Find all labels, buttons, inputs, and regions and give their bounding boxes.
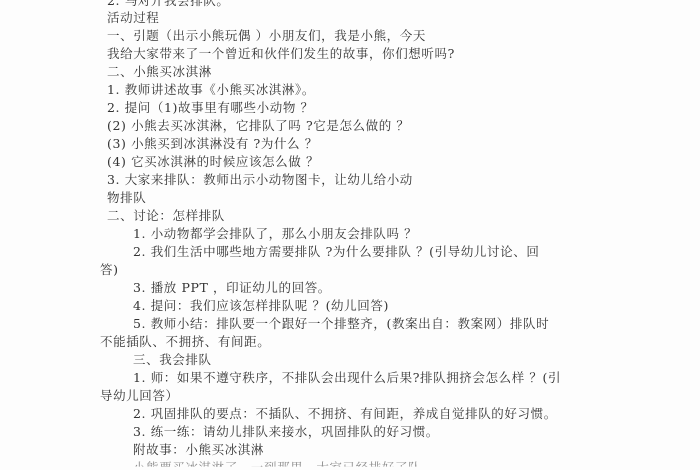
section-heading-i-can-queue: 三、我会排队: [133, 351, 212, 368]
appendix-story-heading: 附故事：小熊买冰淇淋: [133, 441, 264, 458]
discussion-item-2-continued: 答): [100, 261, 119, 278]
sub-question-4: (4) 它买冰淇淋的时候应该怎么做 ？: [107, 153, 319, 170]
queue-item-1-continued: 导幼儿回答）: [100, 387, 179, 404]
queue-item-2: 2. 巩固排队的要点：不插队、不拥挤、有间距，养成自觉排队的好习惯。: [133, 405, 557, 422]
intro-paragraph-line-1: 一、引题（出示小熊玩偶 ）小朋友们，我是小熊，今天: [107, 27, 426, 44]
discussion-item-3: 3. 播放 PPT ，印证幼儿的回答。: [133, 279, 331, 296]
partial-top-line: 2. 马对开我会排队。: [107, 0, 230, 9]
list-item-3-continued: 物排队: [107, 189, 146, 206]
discussion-item-5: 5. 教师小结：排队要一个跟好一个排整齐，(教案出自：教案网）排队时: [133, 315, 549, 332]
list-item-2: 2. 提问（1)故事里有哪些小动物 ？: [107, 99, 314, 116]
list-item-1: 1. 教师讲述故事《小熊买冰淇淋》。: [107, 81, 315, 98]
queue-item-3: 3. 练一练：请幼儿排队来接水，巩固排队的好习惯。: [133, 423, 439, 440]
sub-question-2: (2) 小熊去买冰淇淋，它排队了吗 ?它是怎么做的 ？: [107, 117, 410, 134]
partial-bottom-line: 小熊要买冰淇淋了，一到那里，大家已经排好了队: [133, 459, 421, 470]
discussion-item-2: 2. 我们生活中哪些地方需要排队 ?为什么要排队 ？(引导幼儿讨论、回: [133, 243, 539, 260]
document-page: 2. 马对开我会排队。 活动过程 一、引题（出示小熊玩偶 ）小朋友们，我是小熊，…: [0, 0, 700, 470]
section-heading-activity-process: 活动过程: [107, 9, 159, 26]
list-item-3: 3. 大家来排队：教师出示小动物图卡，让幼儿给小动: [107, 171, 413, 188]
discussion-item-5-continued: 不能插队、不拥挤、有间距。: [100, 333, 270, 350]
section-heading-bear-ice-cream: 二、小熊买冰淇淋: [107, 63, 212, 80]
queue-item-1: 1. 师：如果不遵守秩序，不排队会出现什么后果?排队拥挤会怎么样 ？(引: [133, 369, 561, 386]
sub-question-3: (3) 小熊买到冰淇淋没有 ?为什么 ？: [107, 135, 318, 152]
discussion-item-1: 1. 小动物都学会排队了，那么小朋友会排队吗 ？: [133, 225, 417, 242]
discussion-item-4: 4. 提问：我们应该怎样排队呢 ？(幼儿回答): [133, 297, 389, 314]
section-heading-discussion: 二、讨论：怎样排队: [107, 207, 225, 224]
intro-paragraph-line-2: 我给大家带来了一个曾近和伙伴们发生的故事，你们想听吗?: [107, 45, 455, 62]
